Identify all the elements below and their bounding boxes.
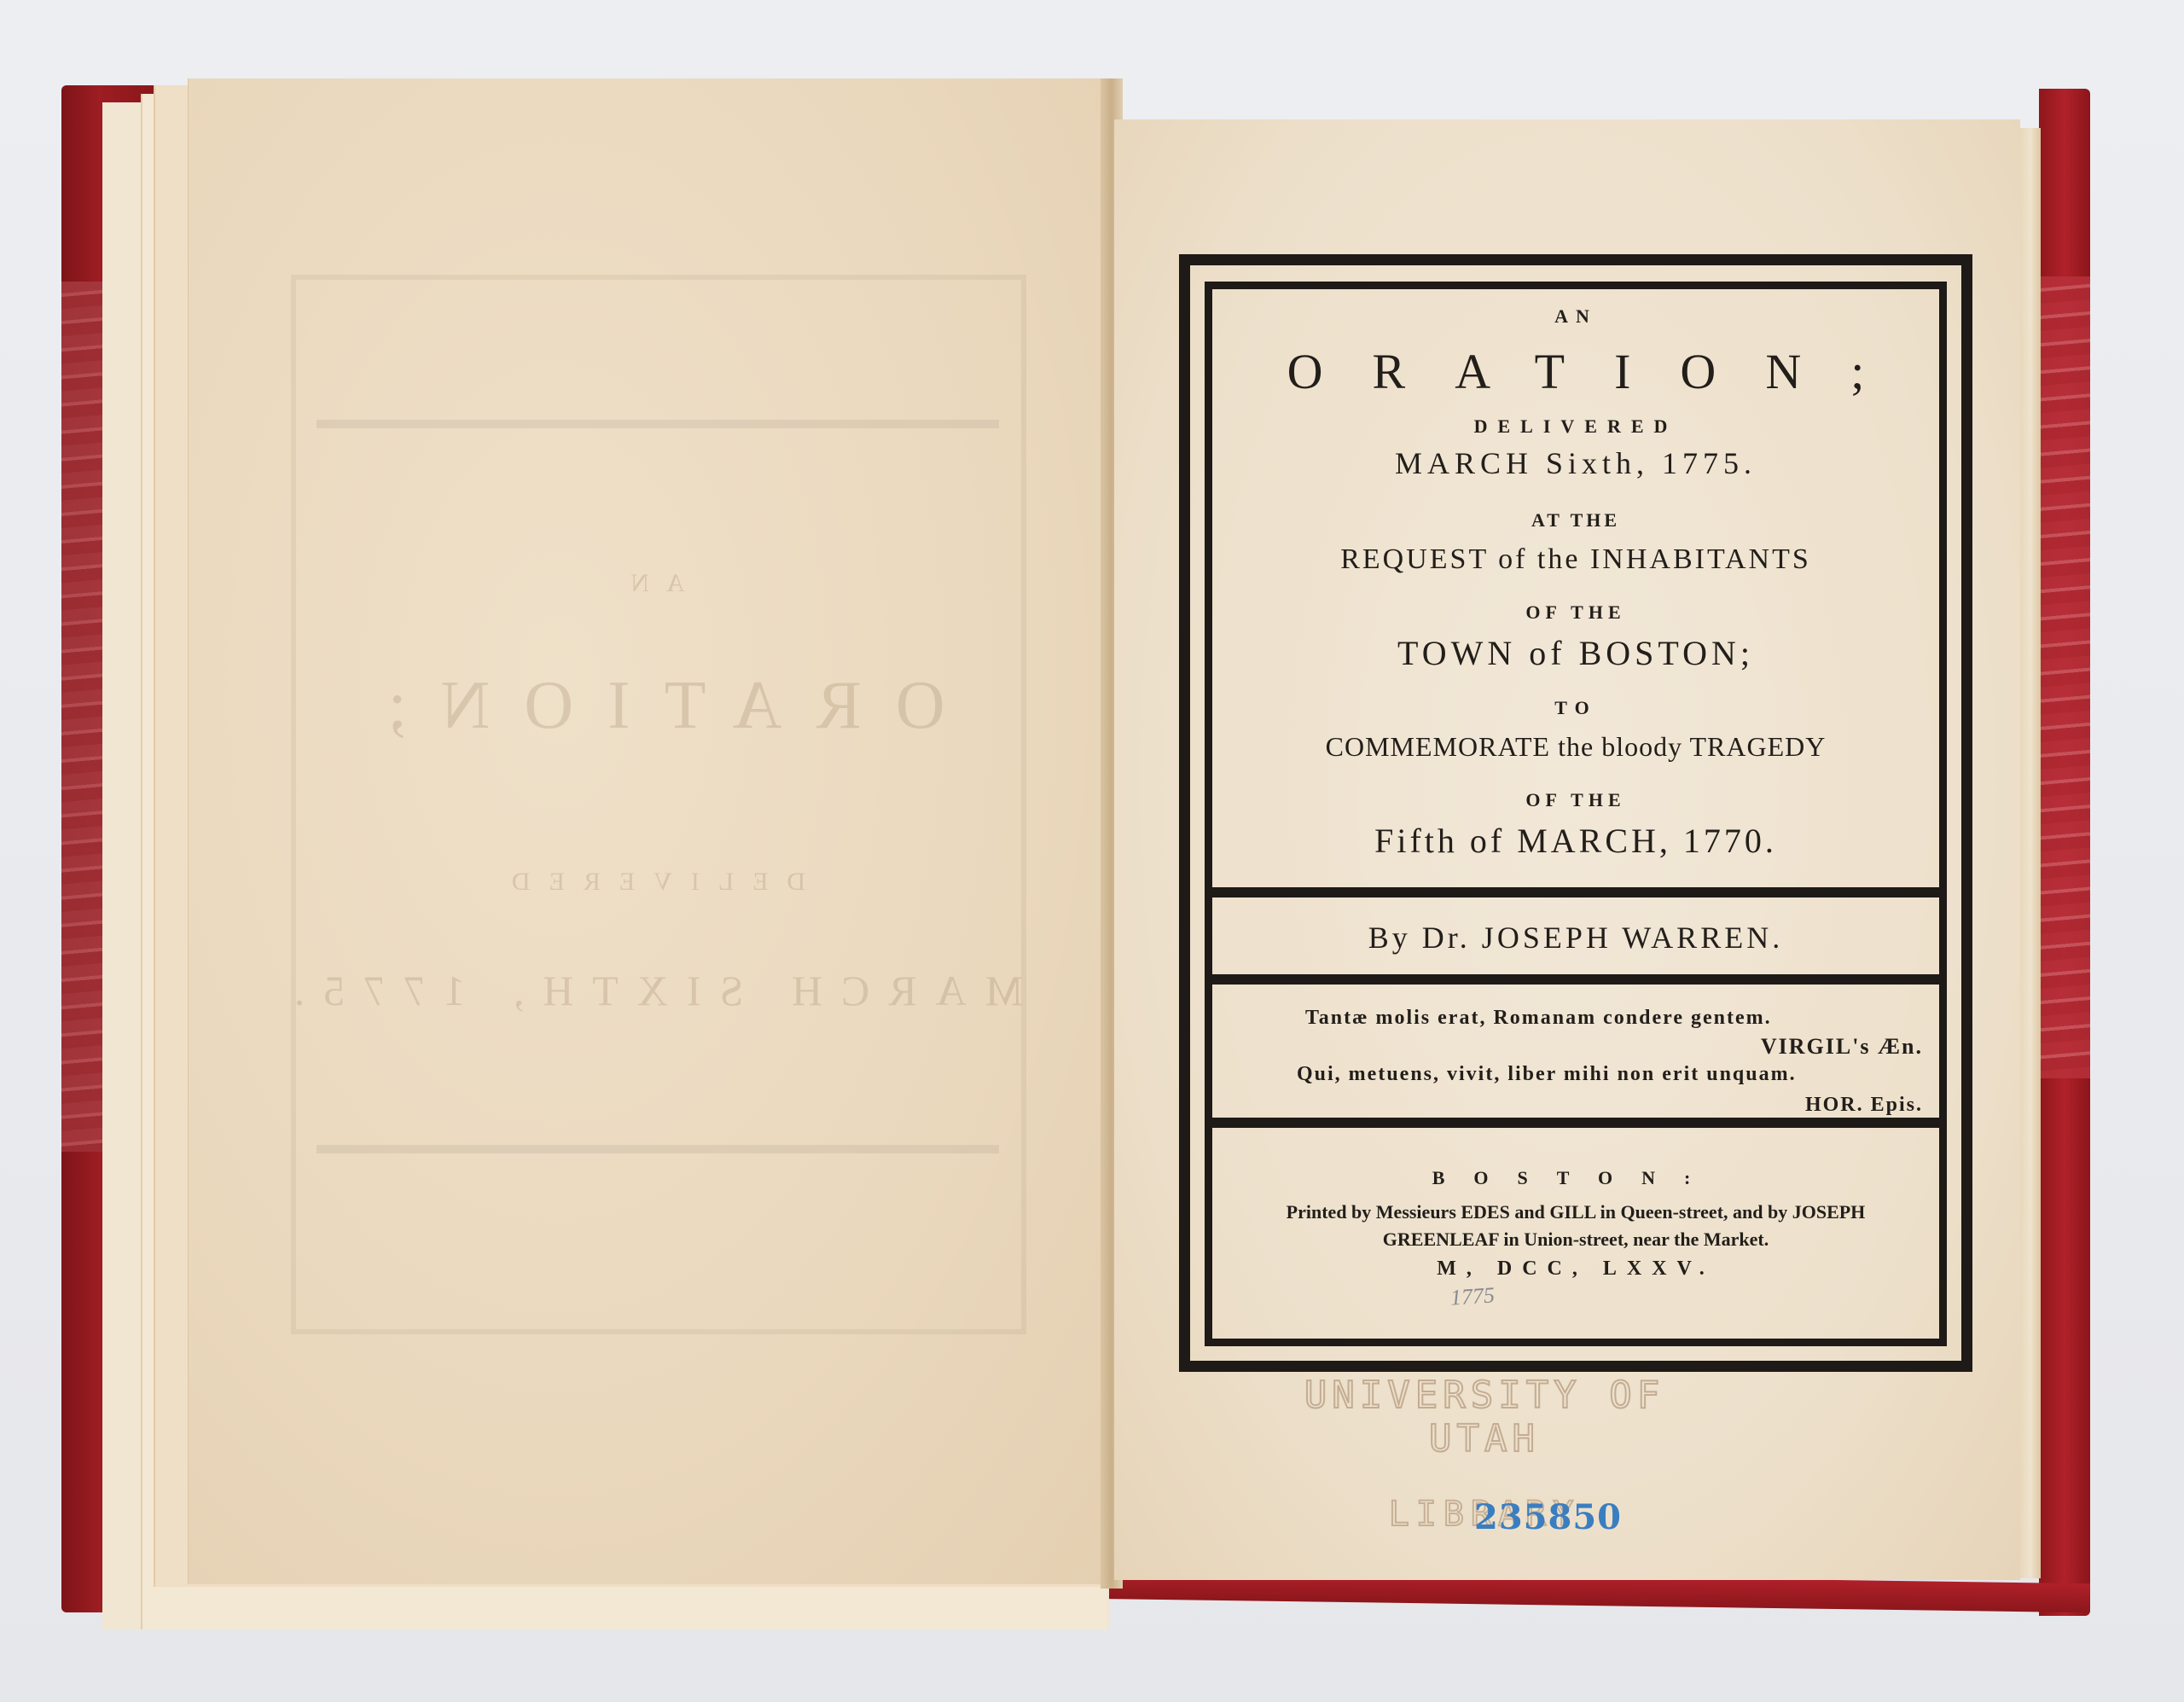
title-line-delivered: DELIVERED — [1211, 415, 1940, 438]
title-line-to: TO — [1211, 697, 1940, 719]
title-line-an: AN — [1211, 305, 1940, 328]
title-line-date: MARCH Sixth, 1775. — [1211, 445, 1940, 481]
title-line-of-the: OF THE — [1211, 601, 1940, 624]
title-line-commemorate: COMMEMORATE the bloody TRAGEDY — [1211, 731, 1940, 763]
page-fore-edge — [2020, 128, 2041, 1578]
horizontal-rule — [1211, 887, 1940, 897]
horizontal-rule — [1211, 1118, 1940, 1128]
show-through-text: AN — [189, 569, 1110, 598]
show-through-frame — [291, 275, 1026, 1334]
binding-right-cover — [2039, 89, 2090, 1616]
epigraph-horace: Qui, metuens, vivit, liber mihi non erit… — [1211, 1063, 1940, 1086]
epigraph-virgil: Tantæ molis erat, Romanam condere gentem… — [1211, 1007, 1940, 1030]
show-through-text: MARCH SIXTH, 1775. — [189, 966, 1110, 1015]
left-page-verso: AN ORATION; DELIVERED MARCH SIXTH, 1775. — [188, 78, 1110, 1584]
horizontal-rule — [1211, 974, 1940, 985]
show-through-rule — [317, 1145, 999, 1153]
accession-number: 235850 — [1474, 1497, 1622, 1537]
title-line-town: TOWN of BOSTON; — [1211, 633, 1940, 673]
moire-spine-band — [2039, 276, 2090, 1078]
show-through-text: DELIVERED — [189, 868, 1110, 897]
title-line-request: REQUEST of the INHABITANTS — [1211, 543, 1940, 576]
show-through-text: ORATION; — [189, 667, 1110, 745]
title-line-fifth: Fifth of MARCH, 1770. — [1211, 821, 1940, 861]
open-book: AN ORATION; DELIVERED MARCH SIXTH, 1775.… — [0, 0, 2184, 1702]
title-line-at-the: AT THE — [1211, 509, 1940, 532]
imprint-year: M, DCC, LXXV. — [1211, 1258, 1940, 1281]
title-line-oration: ORATION; — [1211, 343, 1940, 400]
imprint-line-2: GREENLEAF in Union-street, near the Mark… — [1211, 1229, 1940, 1251]
author-line: By Dr. JOSEPH WARREN. — [1211, 920, 1940, 956]
epigraph-virgil-source: VIRGIL's Æn. — [1211, 1034, 1940, 1060]
show-through-rule — [317, 420, 999, 428]
imprint-city: BOSTON: — [1211, 1167, 1940, 1189]
stamp-arc-text: UNIVERSITY OF UTAH — [1288, 1374, 1681, 1461]
pencil-annotation-year: 1775 — [1449, 1282, 1496, 1311]
title-line-of-the: OF THE — [1211, 789, 1940, 811]
epigraph-horace-source: HOR. Epis. — [1211, 1094, 1940, 1117]
imprint-line-1: Printed by Messieurs EDES and GILL in Qu… — [1211, 1201, 1940, 1223]
